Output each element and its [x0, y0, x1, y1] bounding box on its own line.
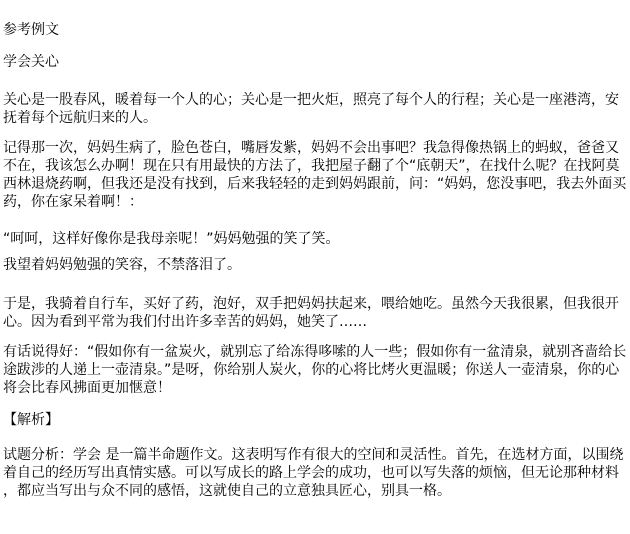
- analysis-text: 试题分析：学会 是一篇半命题作文。这表明写作有很大的空间和灵活性。首先，在选材方…: [3, 446, 630, 500]
- essay-paragraph-6: 有话说得好：“假如你有一盆炭火，就别忘了给冻得哆嗦的人一些；假如你有一盆清泉，就…: [3, 343, 630, 397]
- analysis-header: 【解析】: [3, 411, 630, 429]
- essay-title: 学会关心: [3, 53, 630, 71]
- essay-paragraph-5: 于是，我骑着自行车，买好了药，泡好，双手把妈妈扶起来，喂给她吃。虽然今天我很累，…: [3, 295, 630, 331]
- essay-paragraph-1: 关心是一股春风，暖着每一个人的心；关心是一把火炬，照亮了每个人的行程；关心是一座…: [3, 91, 630, 127]
- essay-paragraph-3: “呵呵，这样好像你是我母亲呢！”妈妈勉强的笑了笑。: [3, 230, 630, 248]
- essay-paragraph-2: 记得那一次，妈妈生病了，脸色苍白，嘴唇发紫，妈妈不会出事吧？我急得像热锅上的蚂蚁…: [3, 139, 630, 211]
- document-page: 参考例文 学会关心 关心是一股春风，暖着每一个人的心；关心是一把火炬，照亮了每个…: [0, 0, 630, 500]
- section-label: 参考例文: [3, 21, 630, 39]
- essay-paragraph-4: 我望着妈妈勉强的笑容，不禁落泪了。: [3, 256, 630, 274]
